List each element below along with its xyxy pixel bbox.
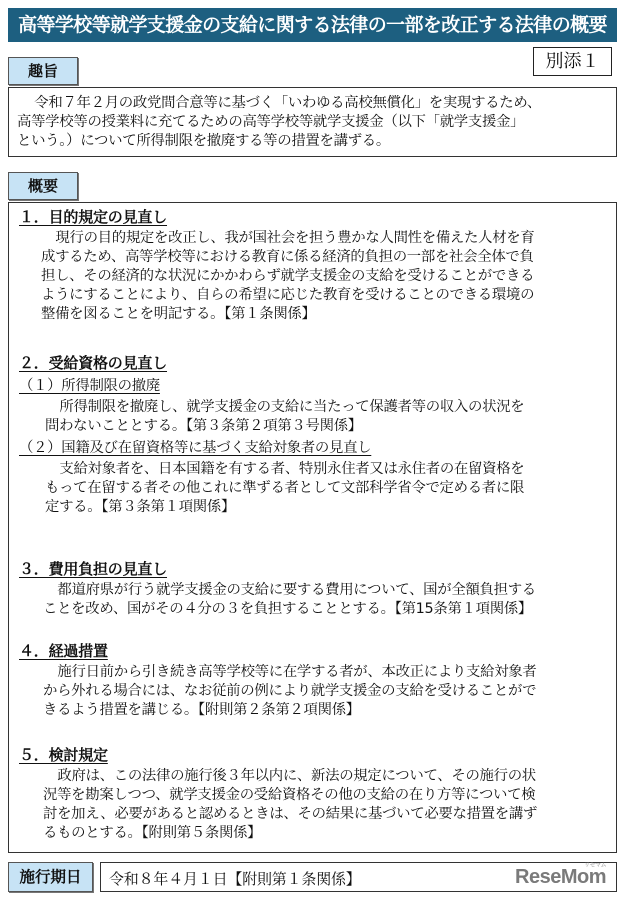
subsection-heading: （２）国籍及び在留資格等に基づく支給対象者の見直し — [19, 438, 608, 458]
document-title: 高等学校等就学支援金の支給に関する法律の一部を改正する法律の概要 — [8, 8, 617, 42]
section-heading: ５．検討規定 — [19, 745, 608, 765]
subsection-heading: （１）所得制限の撤廃 — [19, 376, 608, 396]
logo-ruby: リセマム — [584, 860, 606, 869]
section-line: 支給対象者を、日本国籍を有する者、特別永住者又は永住者の在留資格を — [45, 460, 608, 479]
logo-text: ReseMom — [515, 866, 606, 888]
section-cost-sharing: ３．費用負担の見直し 都道府県が行う就学支援金の支給に要する費用について、国が全… — [19, 559, 608, 619]
section-line: ようにすることにより、自らの希望に応じた教育を受けることのできる環境の — [41, 286, 608, 305]
section-line: 問わないこととする。【第３条第２項第３号関係】 — [45, 417, 608, 436]
section-line: 施行日前から引き続き高等学校等に在学する者が、本改正により支給対象者 — [43, 663, 608, 682]
section-line: 討を加え、必要があると認めるときは、その結果に基づいて必要な措置を講ず — [43, 805, 608, 824]
section-transitional-measures: ４．経過措置 施行日前から引き続き高等学校等に在学する者が、本改正により支給対象… — [19, 641, 608, 720]
overview-box: １．目的規定の見直し 現行の目的規定を改正し、我が国社会を担う豊かな人間性を備え… — [8, 202, 617, 853]
section-eligibility: ２．受給資格の見直し （１）所得制限の撤廃 所得制限を撤廃し、就学支援金の支給に… — [19, 353, 608, 517]
section-line: 況等を勘案しつつ、就学支援金の受給資格その他の支給の在り方等について検 — [43, 786, 608, 805]
section-line: 整備を図ることを明記する。【第１条関係】 — [41, 305, 608, 324]
purpose-tab: 趣旨 — [8, 57, 78, 85]
purpose-line: という。）について所得制限を撤廃する等の措置を講ずる。 — [17, 132, 610, 151]
attachment-label: 別添１ — [533, 47, 612, 76]
section-heading: ３．費用負担の見直し — [19, 559, 608, 579]
resemom-logo: ReseMom リセマム — [515, 866, 606, 889]
section-line: から外れる場合には、なお従前の例により就学支援金の支給を受けることがで — [43, 682, 608, 701]
section-review-provision: ５．検討規定 政府は、この法律の施行後３年以内に、新法の規定について、その施行の… — [19, 745, 608, 843]
section-line: 成するため、高等学校等における教育に係る経済的負担の一部を社会全体で負 — [41, 248, 608, 267]
section-line: るものとする。【附則第５条関係】 — [43, 824, 608, 843]
purpose-line: 高等学校等の授業料に充てるための高等学校等就学支援金（以下「就学支援金」 — [17, 113, 610, 132]
overview-tab: 概要 — [8, 172, 78, 200]
section-heading: ４．経過措置 — [19, 641, 608, 661]
effective-date-tab: 施行期日 — [8, 862, 93, 892]
section-line: 政府は、この法律の施行後３年以内に、新法の規定について、その施行の状 — [43, 767, 608, 786]
effective-date-value: 令和８年４月１日【附則第１条関係】 — [109, 868, 361, 889]
section-line: 担し、その経済的な状況にかかわらず就学支援金の支給を受けることができる — [41, 267, 608, 286]
section-heading: ２．受給資格の見直し — [19, 353, 608, 373]
effective-date-box: 令和８年４月１日【附則第１条関係】 ReseMom リセマム — [100, 862, 617, 892]
section-line: 所得制限を撤廃し、就学支援金の支給に当たって保護者等の収入の状況を — [45, 398, 608, 417]
section-line: 定する。【第３条第１項関係】 — [45, 498, 608, 517]
purpose-line: 令和７年２月の政党間合意等に基づく「いわゆる高校無償化」を実現するため、 — [7, 94, 610, 113]
section-purpose-provision: １．目的規定の見直し 現行の目的規定を改正し、我が国社会を担う豊かな人間性を備え… — [19, 207, 608, 324]
section-line: きるよう措置を講じる。【附則第２条第２項関係】 — [43, 701, 608, 720]
purpose-box: 令和７年２月の政党間合意等に基づく「いわゆる高校無償化」を実現するため、 高等学… — [8, 87, 617, 157]
section-line: 現行の目的規定を改正し、我が国社会を担う豊かな人間性を備えた人材を育 — [41, 229, 608, 248]
section-heading: １．目的規定の見直し — [19, 207, 608, 227]
section-line: ことを改め、国がその４分の３を負担することとする。【第15条第１項関係】 — [43, 600, 608, 619]
section-line: もって在留する者その他これに準ずる者として文部科学省令で定める者に限 — [45, 479, 608, 498]
section-line: 都道府県が行う就学支援金の支給に要する費用について、国が全額負担する — [43, 581, 608, 600]
